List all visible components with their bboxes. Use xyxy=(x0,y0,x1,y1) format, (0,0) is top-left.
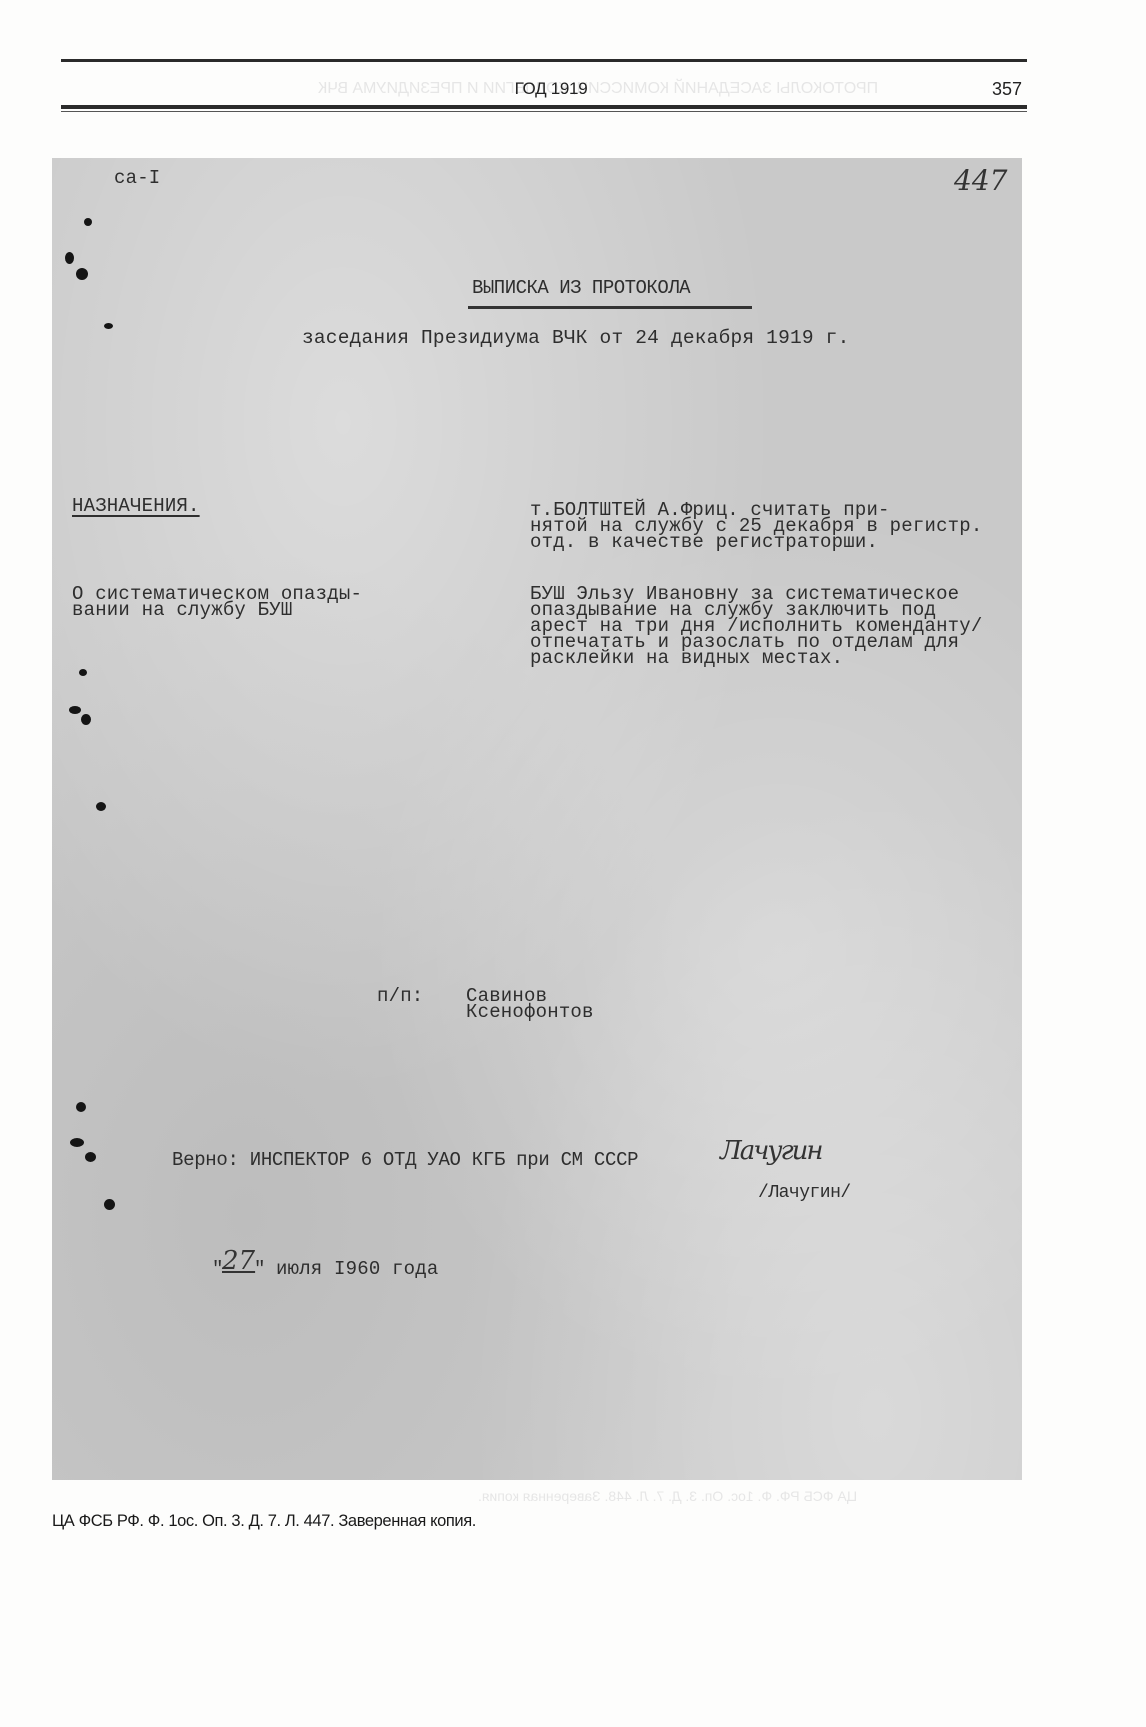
page-number: 357 xyxy=(992,79,1022,100)
date-rest: июля I960 года xyxy=(276,1261,438,1277)
header-top-rule xyxy=(61,59,1027,62)
punch-mark xyxy=(104,323,113,329)
signer-typed-name: /Лачугин/ xyxy=(758,1185,851,1201)
document-subtitle: заседания Президиума ВЧК от 24 декабря 1… xyxy=(302,330,850,346)
archive-code: са-I xyxy=(114,170,160,186)
running-title: ГОД 1919 xyxy=(0,79,1124,99)
punch-mark xyxy=(104,1199,115,1210)
text-line: отд. в качестве регистраторши. xyxy=(530,534,878,550)
certification-text: Верно: ИНСПЕКТОР 6 ОТД УАО КГБ при СМ СС… xyxy=(172,1152,638,1168)
signatory-name: Ксенофонтов xyxy=(466,1004,594,1020)
punch-mark xyxy=(69,706,81,714)
text-line: расклейки на видных местах. xyxy=(530,650,843,666)
document-title: ВЫПИСКА ИЗ ПРОТОКОЛА xyxy=(472,280,690,296)
punch-mark xyxy=(84,218,92,226)
punch-mark xyxy=(76,268,88,280)
signatures-label: п/п: xyxy=(377,988,423,1004)
text-line: вании на службу БУШ xyxy=(72,602,292,618)
handwritten-day: 27 xyxy=(222,1246,255,1276)
date-close-quote: " xyxy=(254,1261,266,1277)
punch-mark xyxy=(70,1138,84,1147)
handwritten-sheet-number: 447 xyxy=(954,164,1007,197)
section-heading-appointments: НАЗНАЧЕНИЯ. xyxy=(72,498,200,514)
punch-mark xyxy=(85,1152,96,1162)
punch-mark xyxy=(96,802,106,811)
header-bottom-thin-rule xyxy=(61,111,1027,112)
punch-mark xyxy=(76,1102,86,1112)
handwritten-signature: Лачугин xyxy=(720,1136,821,1166)
title-underline xyxy=(468,306,752,309)
archive-caption: ЦА ФСБ РФ. Ф. 1ос. Оп. 3. Д. 7. Л. 447. … xyxy=(52,1512,476,1531)
header-bottom-rule xyxy=(61,105,1027,109)
punch-mark xyxy=(65,252,74,264)
show-through-caption: ЦА ФСБ РФ. Ф. 1ос. Оп. 3. Д. 7. Л. 448. … xyxy=(478,1488,857,1504)
punch-mark xyxy=(81,714,91,725)
punch-mark xyxy=(79,669,87,676)
document-scan: са-I 447 ВЫПИСКА ИЗ ПРОТОКОЛА заседания … xyxy=(52,158,1022,1480)
